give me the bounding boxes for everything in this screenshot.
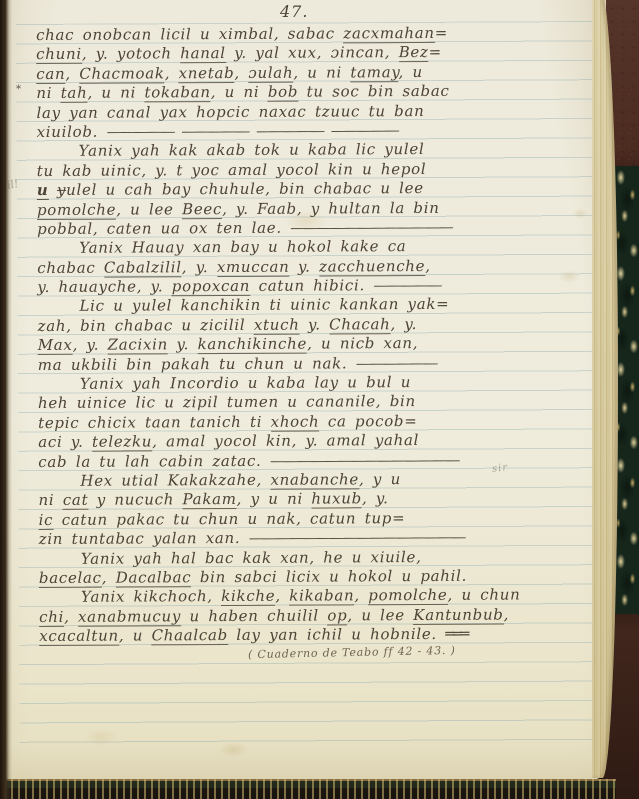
underlined-word: tah [61, 84, 88, 103]
text-segment: y. [289, 257, 319, 275]
manuscript-line: tu kab uinic, y. t yoc amal yocol kin u … [37, 159, 545, 181]
text-segment: y. hauayche, y. [37, 277, 171, 296]
manuscript-line: bacelac, Dacalbac bin sabci licix u hoko… [39, 566, 547, 588]
text-segment: catun pakac tu chun u nak, catun tup= [53, 509, 405, 529]
manuscript-line: Lic u yulel kanchikin ti uinic kankan ya… [37, 295, 545, 317]
text-segment: , y u ni [237, 490, 312, 508]
underlined-word: Dacalbac [116, 568, 192, 587]
manuscript-line: Yanix yah Incordio u kaba lay u bul u [38, 372, 546, 394]
notebook-page: 47. * il! sir chac onobcan licil u ximba… [6, 0, 606, 780]
manuscript-line: zin tuntabac yalan xan. ———————————————— [39, 527, 547, 549]
text-segment: u haben chuilil [181, 606, 327, 625]
manuscript-line: Yanix yah hal bac kak xan, he u xiuile, [39, 547, 547, 569]
ink-rule: ═══ [445, 625, 468, 643]
underlined-word: kikche [221, 587, 275, 606]
text-segment: , y u [359, 470, 401, 488]
underlined-word: Pakam [182, 490, 236, 509]
text-segment: , y. yotoch [82, 45, 180, 64]
text-segment: , u ni [211, 83, 268, 101]
text-segment: , u chun [447, 586, 520, 604]
manuscript-line: ni cat y nucuch Pakam, y u ni huxub, y. [38, 489, 546, 511]
text-segment: lay yan ichil u hobnile. [228, 625, 446, 644]
underlined-word: can [36, 65, 65, 84]
manuscript-line: zah, bin chabac u zicilil xtuch y. Chaca… [38, 314, 546, 336]
text-segment: , [504, 605, 510, 623]
underlined-word: bacelac [39, 569, 102, 588]
text-segment: tepic chicix taan tanich ti [38, 413, 271, 432]
text-segment: , u [119, 627, 152, 645]
text-segment: bin sabci licix u hokol u pahil. [191, 567, 467, 586]
text-segment: Yanix Hauay xan bay u hokol kake ca [79, 237, 406, 257]
underlined-word: pomolche [368, 586, 447, 605]
underlined-word: ɔulah [248, 63, 293, 82]
manuscript-line: ic catun pakac tu chun u nak, catun tup= [39, 508, 547, 530]
underlined-word: pomolche [37, 200, 116, 219]
book-bottom-edge [4, 779, 616, 799]
text-segment: , [165, 64, 179, 82]
underlined-word: xnetab [179, 64, 235, 83]
manuscript-line: can, Chacmoak, xnetab, ɔulah, u ni tamay… [36, 62, 544, 84]
text-segment: y. yal xux, ɔincan, [226, 43, 399, 62]
text-segment: , y. [182, 258, 217, 276]
text-segment: zah, bin chabac u zicilil [38, 316, 254, 335]
text-segment: , [65, 65, 79, 83]
ink-rule: ———————————— [290, 218, 452, 237]
underlined-word: telezku [92, 433, 152, 452]
manuscript-text: chac onobcan licil u ximbal, sabac zacxm… [36, 23, 547, 646]
text-segment: zin tuntabac yalan xan. [39, 529, 249, 548]
underlined-word: Cabalzilil [104, 258, 182, 277]
manuscript-line: Hex utial Kakakzahe, xnabanche, y u [38, 469, 546, 491]
text-segment: , amal yocol kin, y. amal yahal [152, 431, 419, 450]
text-segment: ma ukbili bin pakah tu chun u nak. [38, 354, 356, 374]
underlined-word: Zacixin [108, 336, 168, 355]
text-segment: , u nicb xan, [307, 334, 418, 353]
text-segment: aci y. [38, 433, 92, 451]
text-segment: ulel u cah bay chuhule, bin chabac u lee [66, 179, 424, 199]
ink-rule: —————————————— [270, 450, 459, 469]
left-margin-dot: * [16, 84, 21, 95]
text-segment: ni [36, 84, 60, 102]
underlined-word: xanabmucuy [78, 607, 181, 627]
manuscript-line: Max, y. Zacixin y. kanchikinche, u nicb … [38, 334, 546, 356]
underlined-word: tamay [350, 63, 398, 82]
ink-rule: ————— ————— ————— ————— [106, 121, 398, 141]
underlined-word: Chaalcab [152, 626, 228, 645]
manuscript-line: u yulel u cah bay chuhule, bin chabac u … [37, 178, 545, 200]
page-number: 47. [280, 2, 308, 21]
underlined-word: kanchikinche [198, 335, 308, 355]
manuscript-line: aci y. telezku, amal yocol kin, y. amal … [38, 431, 546, 453]
underlined-word: xmuccan [217, 257, 290, 276]
underlined-word: kikaban [289, 587, 354, 606]
underlined-word: bob [268, 83, 298, 102]
text-segment: catun hibici. [250, 276, 373, 295]
text-segment: ca pocob= [319, 412, 417, 431]
text-segment: Lic u yulel kanchikin ti uinic kankan ya… [79, 295, 449, 315]
text-segment: Yanix kikchoch, [81, 587, 221, 606]
manuscript-line: xcacaltun, u Chaalcab lay yan ichil u ho… [39, 624, 547, 646]
ink-rule: ————— [373, 276, 441, 294]
manuscript-line: Yanix yah kak akab tok u kaba lic yulel [37, 140, 545, 162]
manuscript-line: lay yan canal yax hopcic naxac tzuuc tu … [36, 101, 544, 123]
text-segment: , [64, 608, 78, 626]
text-segment: y [57, 181, 66, 199]
manuscript-line: chi, xanabmucuy u haben chuilil op, u le… [39, 605, 547, 627]
underlined-word: hanal [180, 44, 226, 63]
underlined-word: Chacmoak [79, 64, 164, 83]
text-segment: , y. [362, 490, 389, 508]
manuscript-line: xiuilob. ————— ————— ————— ————— [37, 120, 545, 142]
text-segment: , u ni [87, 84, 144, 102]
ink-rule: ———————————————— [249, 528, 465, 547]
manuscript-line: chuni, y. yotoch hanal y. yal xux, ɔinca… [36, 43, 544, 65]
text-segment: tu soc bin sabac [298, 82, 450, 101]
underlined-word: xnabanche [270, 470, 359, 489]
manuscript-line: ni tah, u ni tokaban, u ni bob tu soc bi… [36, 82, 544, 104]
underlined-word: cat [63, 491, 89, 510]
text-segment: , y. Faab, y hultan la bin [222, 198, 440, 217]
manuscript-photo: 47. * il! sir chac onobcan licil u ximba… [0, 0, 639, 799]
text-segment: = [435, 24, 448, 42]
text-segment: ni [38, 491, 62, 509]
text-segment: u [37, 181, 49, 200]
manuscript-line: Yanix Hauay xan bay u hokol kake ca [37, 237, 545, 259]
underlined-word: ic [39, 511, 54, 530]
manuscript-line: Yanix kikchoch, kikche, kikaban, pomolch… [39, 586, 547, 608]
underlined-word: tokaban [144, 83, 210, 102]
text-segment: y nucuch [88, 491, 182, 509]
text-segment: , y. [72, 336, 107, 354]
text-segment: heh uinice lic u zipil tumen u cananile,… [38, 392, 416, 412]
text-segment: lay yan canal yax hopcic naxac tzuuc tu … [36, 102, 424, 122]
text-segment: Yanix yah hal bac kak xan, he u xiuile, [81, 548, 422, 568]
underlined-word: zacxmahan [343, 24, 435, 43]
text-segment: , [234, 64, 248, 82]
manuscript-line: chac onobcan licil u ximbal, sabac zacxm… [36, 23, 544, 45]
text-segment: , y. [390, 315, 417, 333]
text-segment: tu kab uinic, y. t yoc amal yocol kin u … [37, 160, 427, 180]
underlined-word: chi [39, 608, 64, 627]
text-segment: pobbal, caten ua ox ten lae. [37, 219, 290, 238]
text-segment: chabac [37, 258, 104, 276]
underlined-word: xcacaltun [39, 627, 119, 646]
text-segment: Hex utial Kakakzahe, [80, 471, 270, 490]
text-segment: y. [300, 315, 330, 333]
underlined-word: Chacah [329, 315, 390, 334]
ink-rule: —————— [356, 354, 437, 372]
text-segment: , u [398, 63, 422, 81]
underlined-word: popoxcan [172, 277, 250, 296]
underlined-word: chuni [36, 45, 82, 64]
text-segment: = [429, 43, 442, 61]
text-segment: cab la tu lah cabin zatac. [38, 451, 270, 470]
text-segment: chac onobcan licil u ximbal, sabac [36, 24, 343, 44]
manuscript-line: ma ukbili bin pakah tu chun u nak. —————… [38, 353, 546, 375]
underlined-word: Bez [399, 43, 429, 62]
underlined-word: xtuch [254, 315, 300, 334]
text-segment: , u ni [293, 63, 350, 81]
underlined-word: Kantunbub [413, 605, 503, 624]
text-segment: , [354, 587, 368, 605]
manuscript-line: cab la tu lah cabin zatac. —————————————… [38, 450, 546, 472]
binding-gutter [0, 0, 12, 799]
underlined-word: Beec [182, 200, 222, 219]
text-segment: , u lee [347, 606, 413, 624]
text-segment: Yanix yah Incordio u kaba lay u bul u [80, 373, 411, 393]
manuscript-line: pomolche, u lee Beec, y. Faab, y hultan … [37, 198, 545, 220]
underlined-word: xhoch [271, 412, 320, 431]
underlined-word: huxub [311, 490, 362, 509]
manuscript-line: tepic chicix taan tanich ti xhoch ca poc… [38, 411, 546, 433]
manuscript-line: pobbal, caten ua ox ten lae. ———————————… [37, 217, 545, 239]
text-segment: xiuilob. [37, 123, 107, 141]
underlined-word: zacchuenche [319, 257, 425, 277]
underlined-word: op [327, 606, 347, 625]
underlined-word: Max [38, 336, 73, 355]
text-segment: , [102, 569, 116, 587]
manuscript-line: heh uinice lic u zipil tumen u cananile,… [38, 392, 546, 414]
text-segment: y. [168, 335, 198, 353]
text-segment [48, 181, 57, 199]
text-segment: , [425, 257, 431, 275]
manuscript-line: chabac Cabalzilil, y. xmuccan y. zacchue… [37, 256, 545, 278]
manuscript-line: y. hauayche, y. popoxcan catun hibici. —… [37, 275, 545, 297]
text-segment: , u lee [116, 200, 182, 218]
text-segment: Yanix yah kak akab tok u kaba lic yulel [79, 140, 425, 160]
text-segment: , [275, 587, 289, 605]
